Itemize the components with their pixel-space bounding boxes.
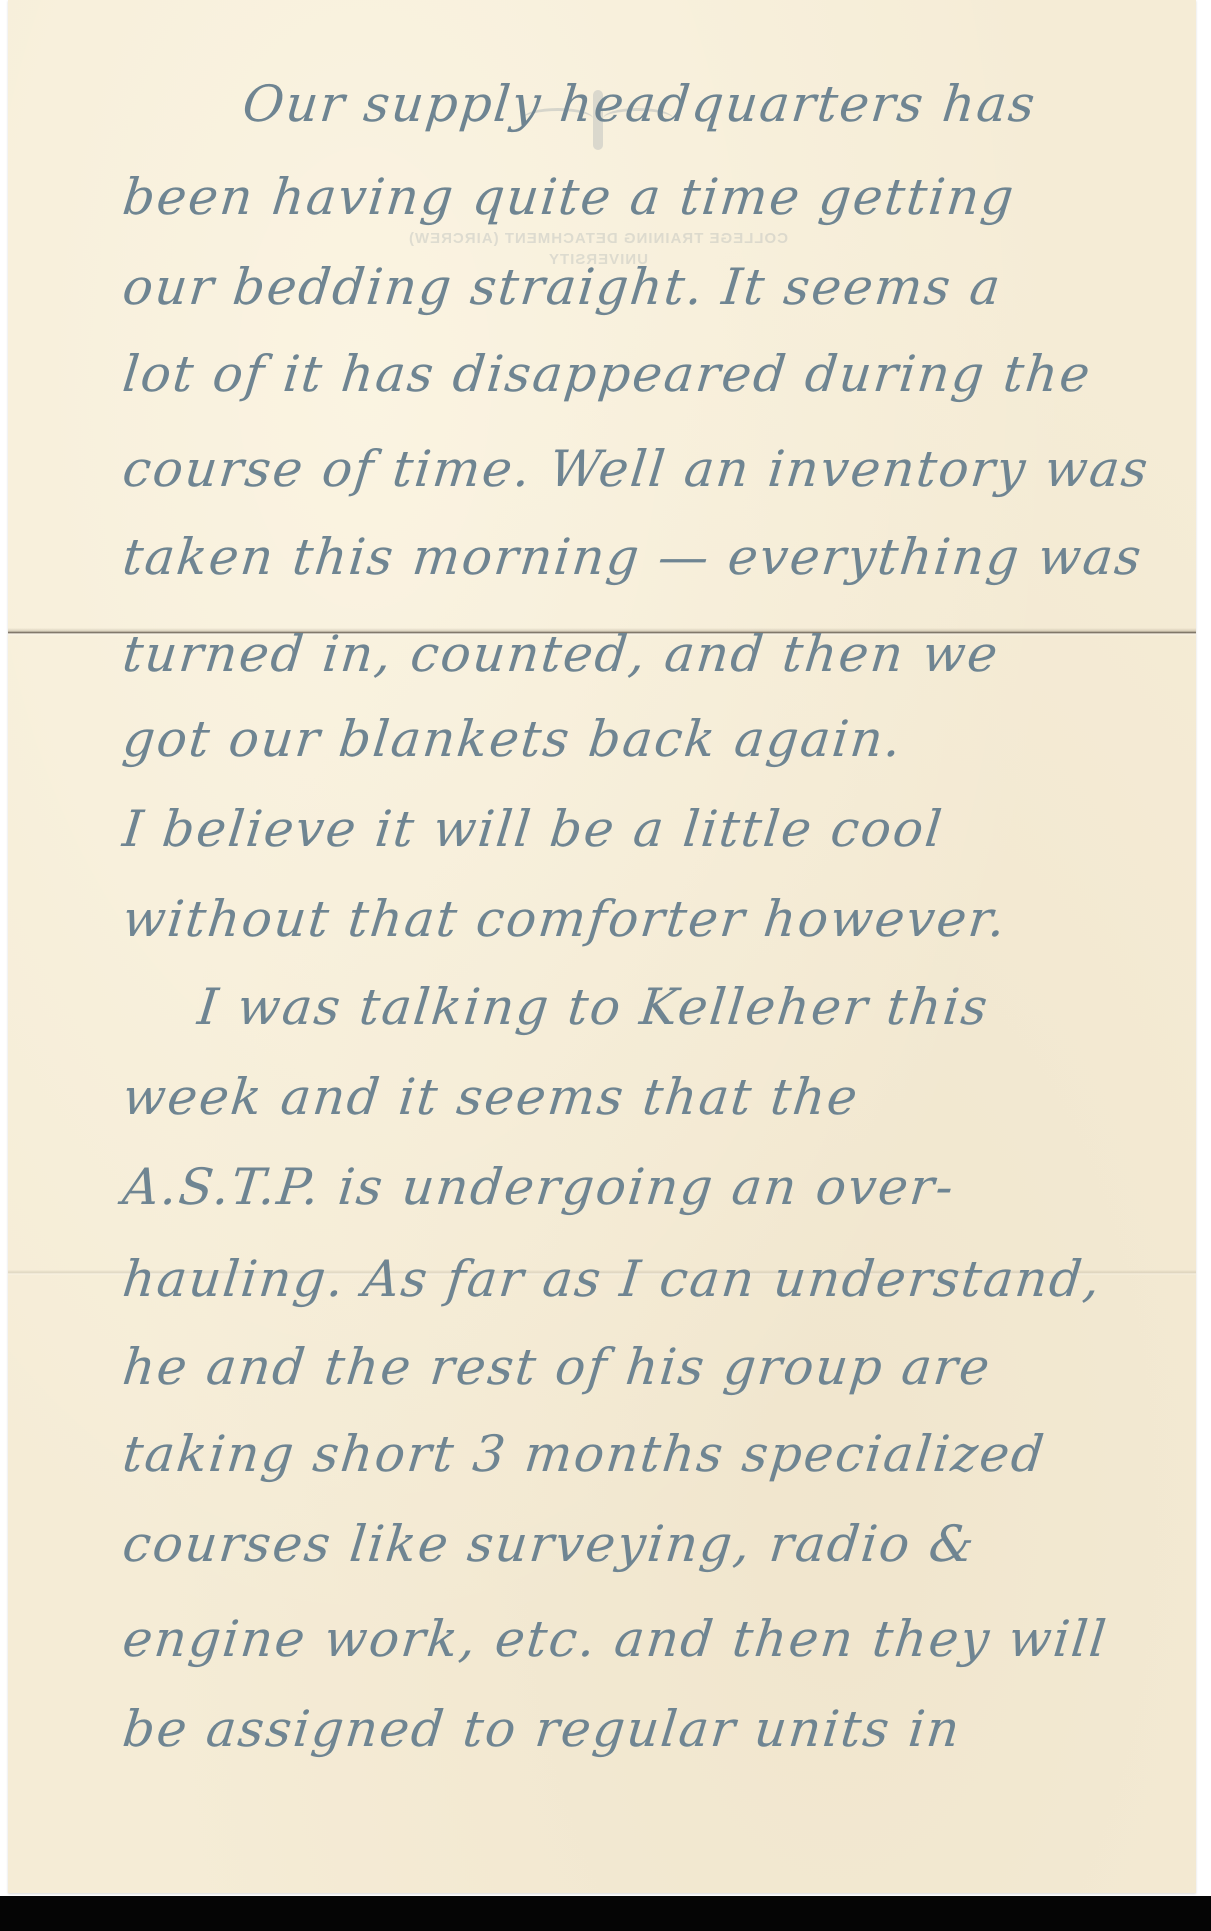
text-line: our bedding straight. It seems a — [120, 258, 1005, 316]
scanner-edge — [0, 1896, 1211, 1931]
text-line: I believe it will be a little cool — [120, 800, 946, 858]
text-line: taking short 3 months specialized — [120, 1425, 1049, 1483]
text-line: got our blankets back again. — [120, 710, 906, 768]
text-line: he and the rest of his group are — [120, 1338, 994, 1396]
text-line: be assigned to regular units in — [120, 1700, 964, 1758]
text-line: A.S.T.P. is undergoing an over- — [120, 1158, 958, 1216]
text-line: hauling. As far as I can understand, — [120, 1250, 1105, 1308]
text-line: I was talking to Kelleher this — [195, 978, 992, 1036]
text-line: without that comforter however. — [120, 890, 1010, 948]
text-line: taken this morning — everything was — [120, 528, 1146, 586]
text-line: turned in, counted, and then we — [120, 625, 1002, 683]
text-line: courses like surveying, radio & — [120, 1515, 979, 1573]
text-line: been having quite a time getting — [120, 168, 1018, 226]
letter-page: COLLEGE TRAINING DETACHMENT (AIRCREW) UN… — [8, 0, 1196, 1893]
text-line: week and it seems that the — [120, 1068, 862, 1126]
text-line: Our supply headquarters has — [240, 75, 1039, 133]
text-line: course of time. Well an inventory was — [120, 440, 1152, 498]
text-line: engine work, etc. and then they will — [120, 1610, 1111, 1668]
letter-text: Our supply headquarters has been having … — [8, 0, 1196, 1893]
text-line: lot of it has disappeared during the — [120, 345, 1095, 403]
